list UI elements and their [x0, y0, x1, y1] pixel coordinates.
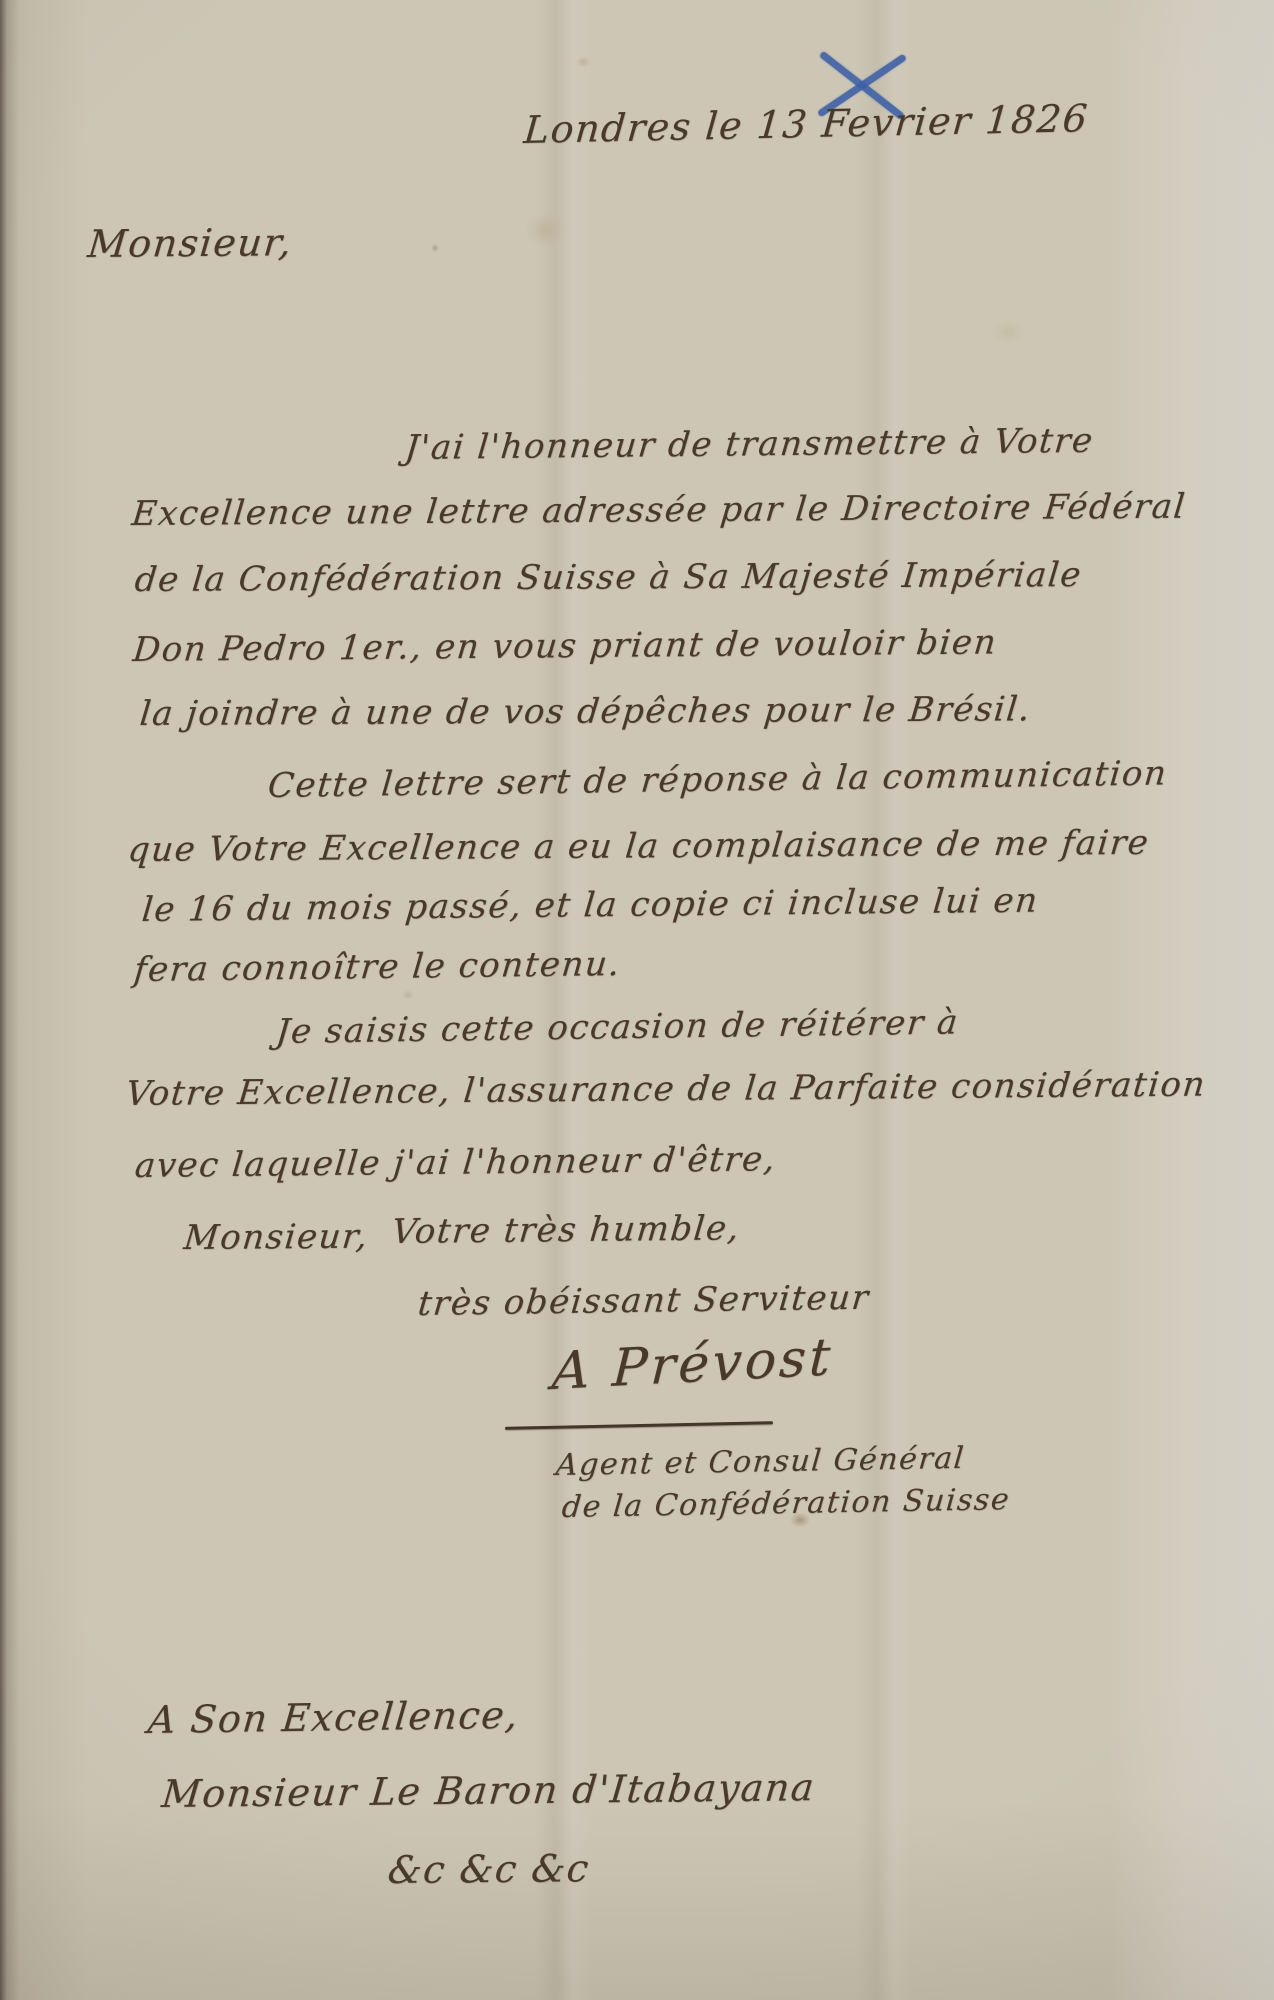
- body-line: le 16 du mois passé, et la copie ci incl…: [140, 881, 1040, 930]
- closing-servant: très obéissant Serviteur: [416, 1278, 871, 1324]
- body-line: Cette lettre sert de réponse à la commun…: [266, 753, 1169, 806]
- body-line: Votre Excellence, l'assurance de la Parf…: [124, 1065, 1208, 1114]
- address-line: Monsieur Le Baron d'Itabayana: [160, 1765, 817, 1816]
- body-line: fera connoître le contenu.: [132, 944, 622, 990]
- body-line: Excellence une lettre adressée par le Di…: [130, 487, 1188, 534]
- address-etc: &c &c &c: [386, 1846, 592, 1892]
- signature-title: Agent et Consul Général: [554, 1441, 966, 1483]
- address-line: A Son Excellence,: [146, 1693, 521, 1742]
- dateline: Londres le 13 Fevrier 1826: [522, 96, 1090, 152]
- closing-humble: Votre très humble,: [390, 1208, 742, 1252]
- body-line: la joindre à une de vos dépêches pour le…: [138, 689, 1033, 734]
- body-line: avec laquelle j'ai l'honneur d'être,: [133, 1139, 778, 1186]
- body-line: J'ai l'honneur de transmettre à Votre: [403, 421, 1096, 468]
- manuscript-letter-page: Londres le 13 Fevrier 1826 Monsieur, J'a…: [0, 0, 1274, 2000]
- signature-underline: [505, 1421, 773, 1430]
- closing-monsieur: Monsieur,: [182, 1217, 370, 1258]
- body-line: Je saisis cette occasion de réitérer à: [274, 1002, 960, 1052]
- body-line: Don Pedro 1er., en vous priant de vouloi…: [131, 622, 999, 670]
- body-line: que Votre Excellence a eu la complaisanc…: [126, 823, 1151, 870]
- salutation: Monsieur,: [86, 220, 295, 266]
- body-line: de la Confédération Suisse à Sa Majesté …: [133, 555, 1084, 600]
- signature: A Prévost: [550, 1327, 834, 1402]
- signature-title: de la Confédération Suisse: [560, 1482, 1011, 1525]
